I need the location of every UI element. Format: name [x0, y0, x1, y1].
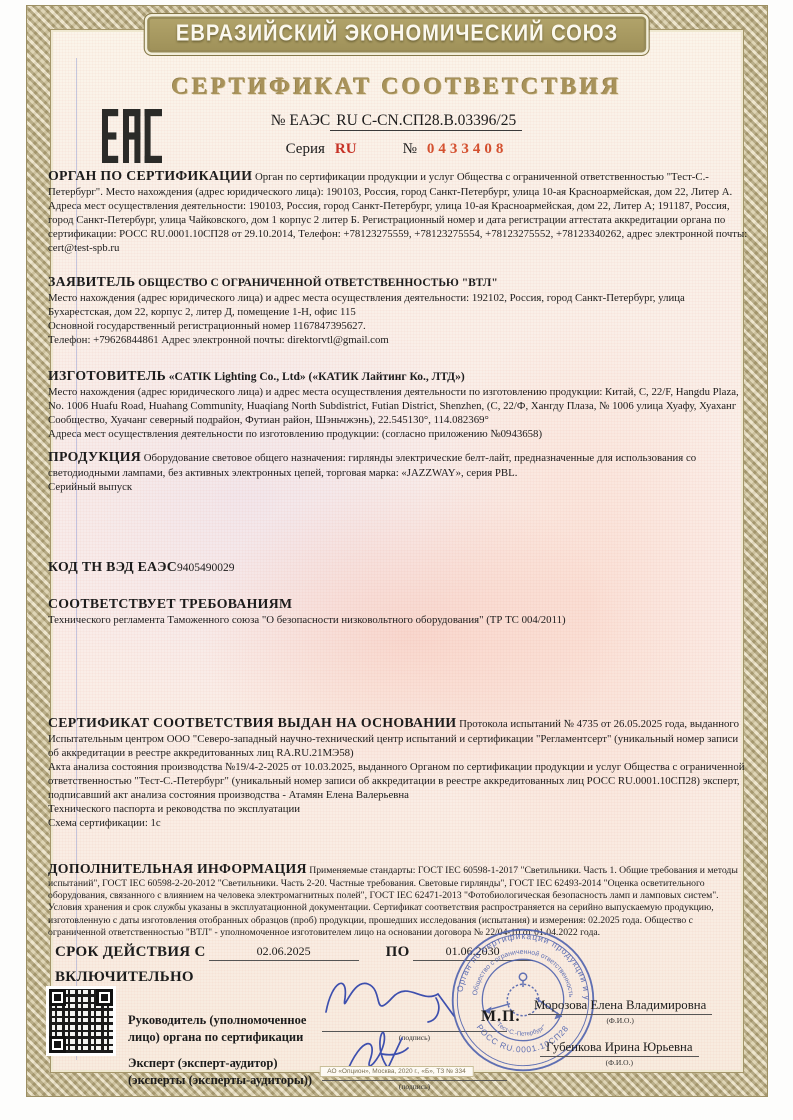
applicant-contacts: Телефон: +79626844861 Адрес электронной … — [48, 333, 750, 347]
qr-finder-top-right — [96, 989, 113, 1006]
complies-title: СООТВЕТСТВУЕТ ТРЕБОВАНИЯМ — [48, 595, 750, 613]
section-product: ПРОДУКЦИЯ Оборудование световое общего н… — [48, 448, 750, 494]
certificate-number-prefix: № ЕАЭС — [271, 112, 331, 129]
applicant-name: ОБЩЕСТВО С ОГРАНИЧЕННОЙ ОТВЕТСТВЕННОСТЬЮ… — [138, 277, 498, 289]
tnved-value: 9405490029 — [177, 562, 235, 574]
series-line: СерияRU№0433408 — [28, 141, 765, 158]
basis-title: СЕРТИФИКАТ СООТВЕТСТВИЯ ВЫДАН НА ОСНОВАН… — [48, 715, 456, 730]
manufacturer-title: ИЗГОТОВИТЕЛЬ — [48, 368, 166, 383]
union-banner-text: ЕВРАЗИЙСКИЙ ЭКОНОМИЧЕСКИЙ СОЮЗ — [175, 21, 617, 47]
qr-finder-bottom-left — [49, 1036, 66, 1053]
applicant-title: ЗАЯВИТЕЛЬ — [48, 274, 135, 289]
certificate-number-line: № ЕАЭСRU С-CN.СП28.В.03396/25 — [28, 112, 765, 130]
section-manufacturer: ИЗГОТОВИТЕЛЬ «CATIK Lighting Co., Ltd» (… — [48, 367, 750, 441]
section-applicant: ЗАЯВИТЕЛЬ ОБЩЕСТВО С ОГРАНИЧЕННОЙ ОТВЕТС… — [48, 273, 750, 347]
head-role-label: Руководитель (уполномоченное лицо) орган… — [128, 1012, 333, 1046]
certificate-number-value: RU С-CN.СП28.В.03396/25 — [330, 112, 522, 131]
product-serial-issue: Серийный выпуск — [48, 480, 750, 494]
head-name-block: Морозова Елена Владимировна (Ф.И.О.) — [528, 998, 712, 1025]
tnved-title: КОД ТН ВЭД ЕАЭС — [48, 559, 177, 574]
applicant-ogrn: Основной государственный регистрационный… — [48, 319, 750, 333]
section-issued-basis: СЕРТИФИКАТ СООТВЕТСТВИЯ ВЫДАН НА ОСНОВАН… — [48, 714, 750, 830]
certification-body-text: Орган по сертификации продукции и услуг … — [48, 171, 747, 254]
validity-to-label: ПО — [362, 944, 410, 960]
expert-name: Губенкова Ирина Юрьевна — [540, 1040, 699, 1057]
section-tnved-code: КОД ТН ВЭД ЕАЭС9405490029 — [48, 558, 750, 576]
applicant-address: Место нахождения (адрес юридического лиц… — [48, 291, 750, 319]
head-name: Морозова Елена Владимировна — [528, 998, 712, 1015]
expert-signature-caption: (подпись) — [322, 1082, 507, 1091]
blank-number-label: № — [403, 141, 417, 157]
product-description: Оборудование световое общего назначения:… — [48, 452, 696, 479]
basis-scheme: Схема сертификации: 1с — [48, 816, 750, 830]
document-title: СЕРТИФИКАТ СООТВЕТСТВИЯ — [28, 74, 765, 101]
series-label: Серия — [286, 141, 325, 157]
certification-body-title: ОРГАН ПО СЕРТИФИКАЦИИ — [48, 168, 252, 183]
validity-title: СРОК ДЕЙСТВИЯ С — [55, 944, 206, 960]
basis-passport: Технического паспорта и реководства по э… — [48, 802, 750, 816]
additional-info-title: ДОПОЛНИТЕЛЬНАЯ ИНФОРМАЦИЯ — [48, 861, 307, 876]
complies-text: Технического регламента Таможенного союз… — [48, 613, 750, 627]
manufacturer-name: «CATIK Lighting Co., Ltd» («КАТИК Лайтин… — [169, 371, 465, 383]
validity-inclusive: ВКЛЮЧИТЕЛЬНО — [55, 969, 194, 986]
expert-name-block: Губенкова Ирина Юрьевна (Ф.И.О.) — [540, 1040, 699, 1067]
product-title: ПРОДУКЦИЯ — [48, 449, 141, 464]
validity-from-date: 02.06.2025 — [209, 944, 359, 961]
printer-imprint: АО «Опцион», Москва, 2020 г., «Б», ТЗ № … — [319, 1066, 473, 1077]
qr-finder-top-left — [49, 989, 66, 1006]
blank-number-value: 0433408 — [417, 141, 508, 157]
manufacturer-sites: Адреса мест осуществления деятельности п… — [48, 427, 750, 441]
section-complies: СООТВЕТСТВУЕТ ТРЕБОВАНИЯМ Технического р… — [48, 595, 750, 627]
manufacturer-address: Место нахождения (адрес юридического лиц… — [48, 385, 750, 427]
section-certification-body: ОРГАН ПО СЕРТИФИКАЦИИ Орган по сертифика… — [48, 167, 750, 255]
qr-code — [46, 986, 116, 1056]
basis-production-analysis: Акта анализа состояния производства №19/… — [48, 760, 750, 802]
section-additional-info: ДОПОЛНИТЕЛЬНАЯ ИНФОРМАЦИЯ Применяемые ст… — [48, 860, 750, 940]
union-banner: ЕВРАЗИЙСКИЙ ЭКОНОМИЧЕСКИЙ СОЮЗ — [143, 13, 650, 56]
stamp-place-label: М.П. — [481, 1008, 521, 1026]
expert-signature-line — [322, 1080, 507, 1081]
expert-fio-caption: (Ф.И.О.) — [540, 1058, 699, 1067]
series-value: RU — [325, 141, 357, 157]
head-fio-caption: (Ф.И.О.) — [528, 1016, 712, 1025]
